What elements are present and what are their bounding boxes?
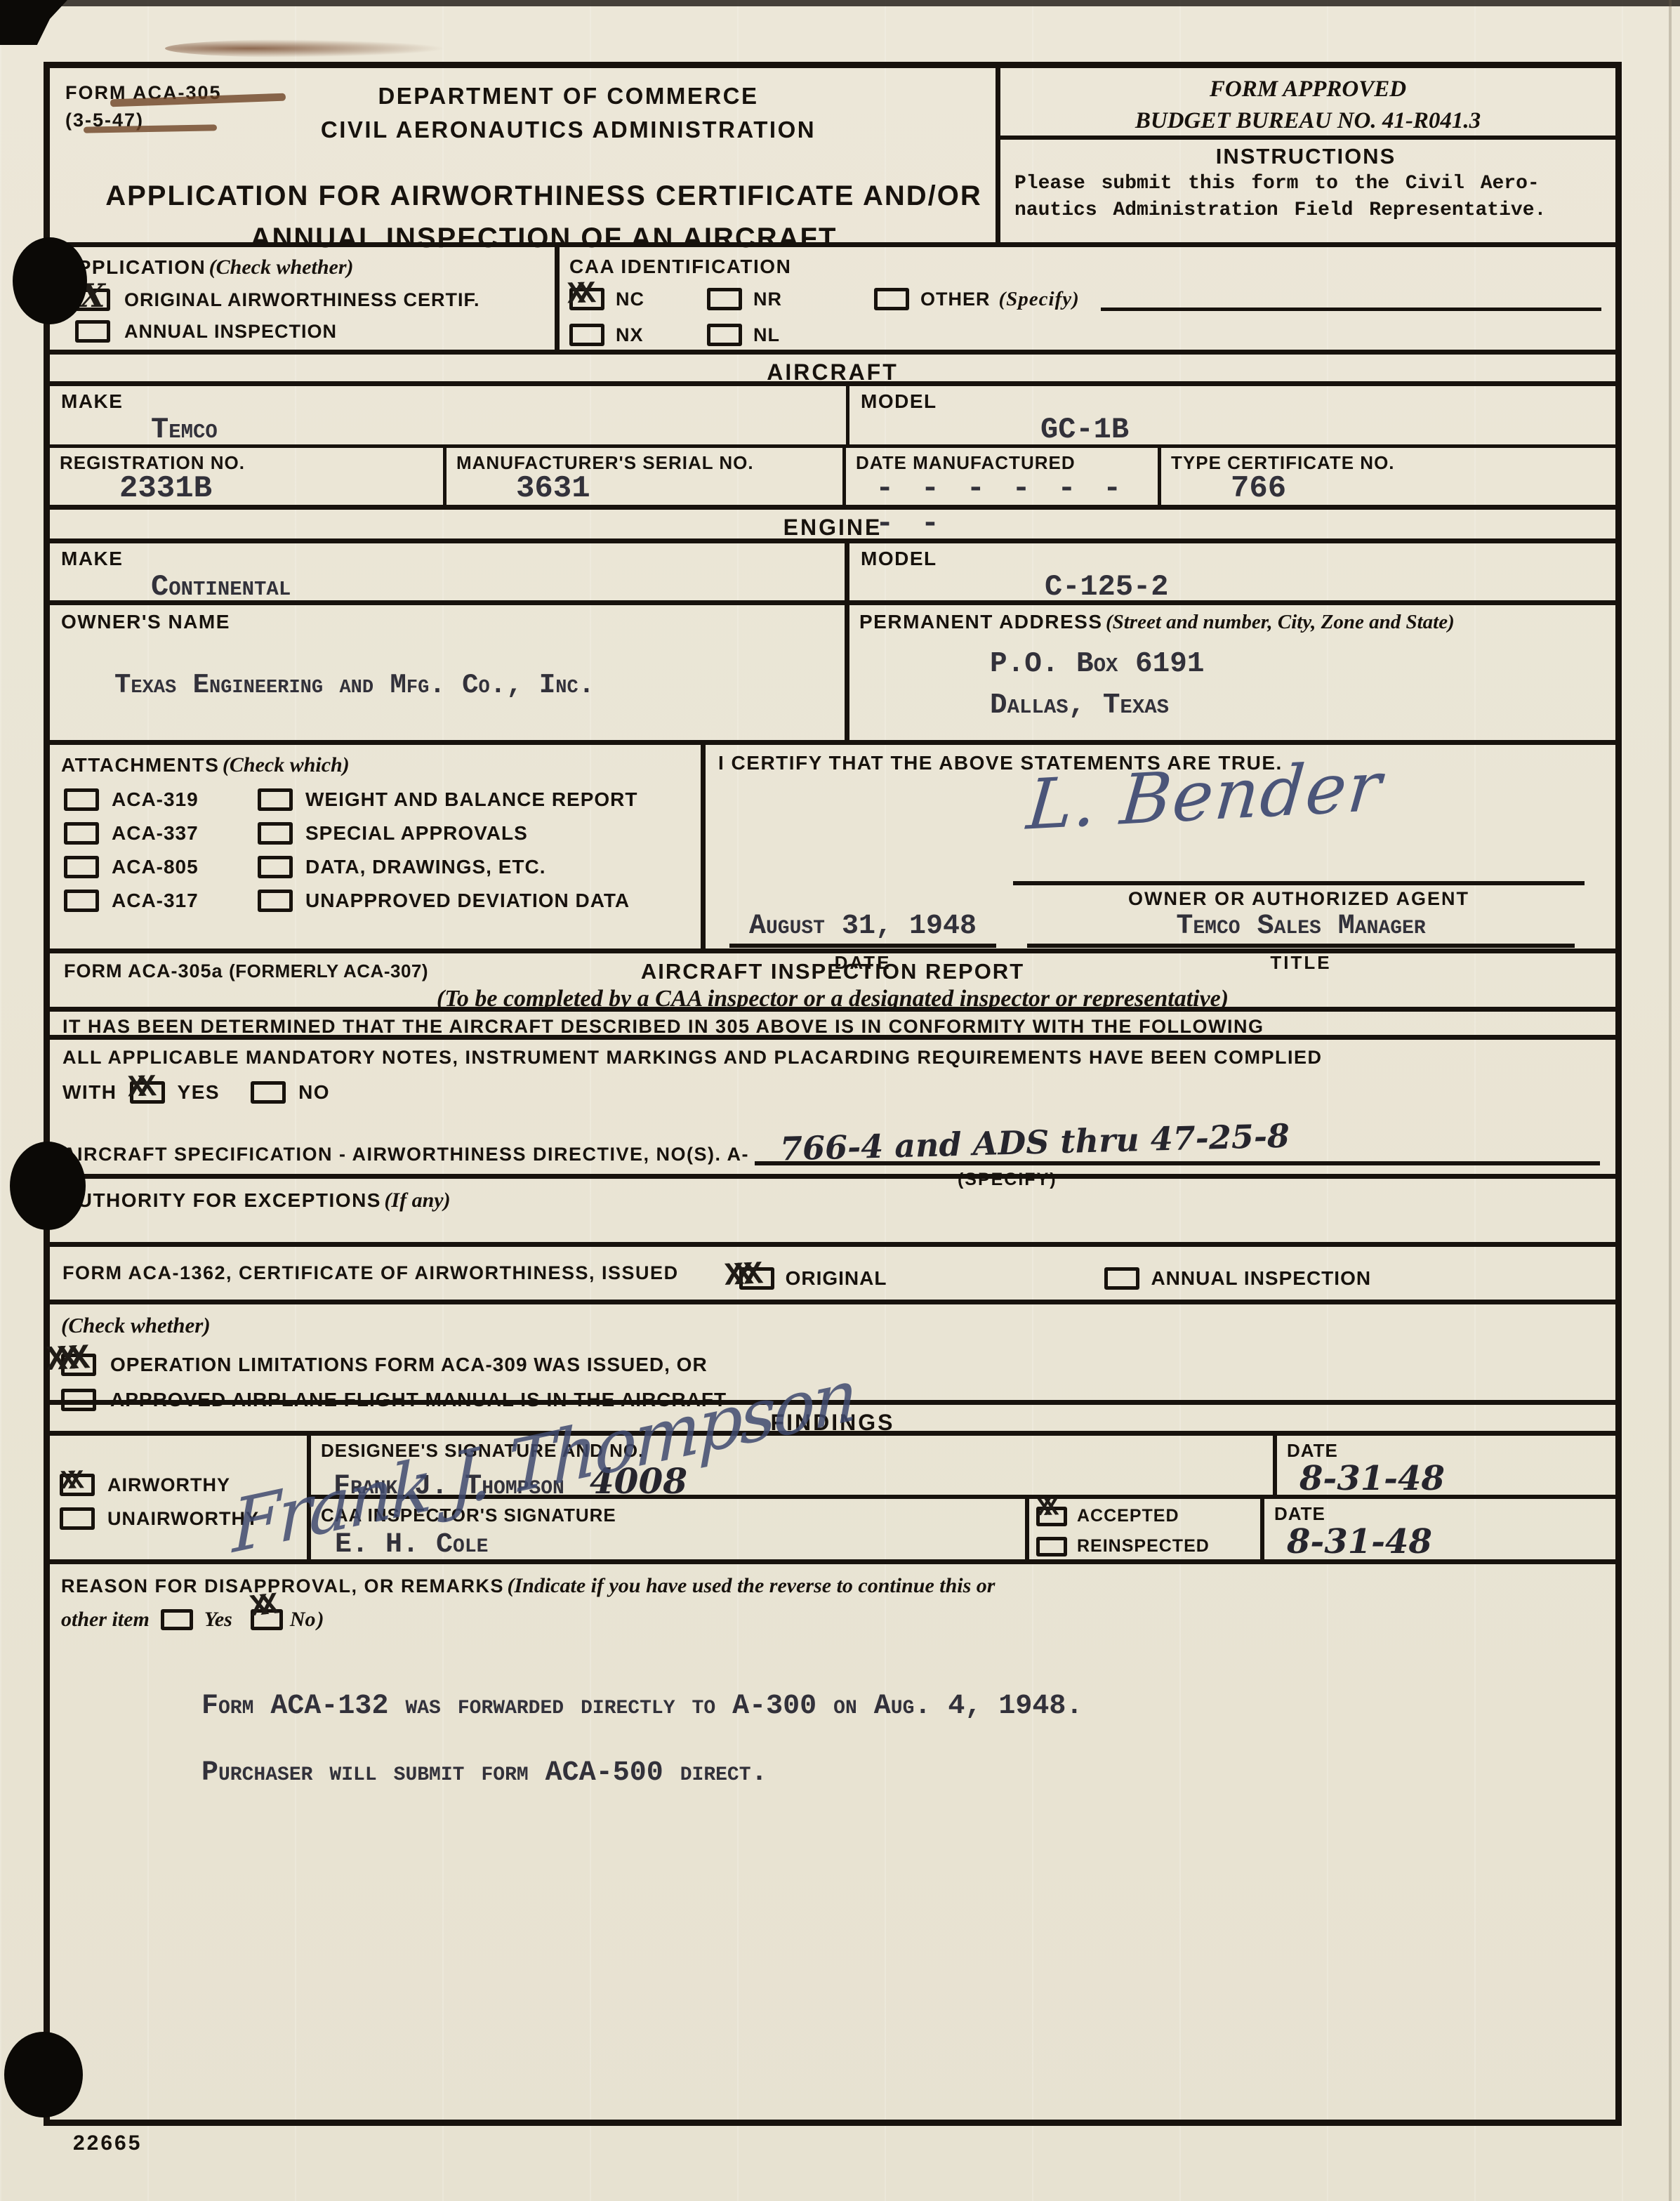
check-mark: XXX xyxy=(46,1342,81,1379)
attachment-form-label: ACA-805 xyxy=(112,856,258,878)
instructions-line1: Please submit this form to the Civil Aer… xyxy=(1014,171,1597,197)
date-manufactured-field: DATE MANUFACTURED - - - - - - - - xyxy=(846,448,1161,505)
authority-exceptions-row: AUTHORITY FOR EXCEPTIONS (If any) xyxy=(50,1179,1615,1247)
attachment-item-label: WEIGHT AND BALANCE REPORT xyxy=(305,788,638,811)
field-label: MAKE xyxy=(61,548,838,570)
caa-identification-section: CAA IDENTIFICATION XX NC NR OTHER (Speci… xyxy=(560,247,1615,350)
application-section: APPLICATION (Check whether) X ORIGINAL A… xyxy=(50,247,560,350)
inspector-date-field: DATE 8-31-48 xyxy=(1264,1499,1603,1561)
attachments-label: ATTACHMENTS xyxy=(61,754,219,776)
spec-directive-value: 766-4 and ADS thru 47-25-8 xyxy=(779,1117,1290,1168)
aca-1362-cell: FORM ACA-1362, CERTIFICATE OF AIRWORTHIN… xyxy=(50,1247,1615,1300)
compliance-row: ALL APPLICABLE MANDATORY NOTES, INSTRUME… xyxy=(50,1040,1615,1179)
checkbox-airworthy[interactable]: XX xyxy=(60,1474,95,1496)
remarks-note2: other item xyxy=(61,1608,150,1632)
engine-make-value: Continental xyxy=(151,570,838,604)
remarks-label-line2: other item Yes XX No ) xyxy=(61,1608,1599,1632)
option-label: AIRWORTHY xyxy=(107,1474,230,1496)
remarks-label-line1: REASON FOR DISAPPROVAL, OR REMARKS (Indi… xyxy=(61,1574,1599,1598)
attachment-item-label: UNAPPROVED DEVIATION DATA xyxy=(305,890,630,912)
compliance-cell: ALL APPLICABLE MANDATORY NOTES, INSTRUME… xyxy=(50,1040,1615,1174)
scanned-form-page: FORM ACA-305 (3-5-47) DEPARTMENT OF COMM… xyxy=(0,0,1680,2201)
option-label: ORIGINAL AIRWORTHINESS CERTIF. xyxy=(124,289,480,311)
authority-note: (If any) xyxy=(384,1189,450,1212)
check-whether-note: (Check whether) xyxy=(61,1313,1615,1338)
engine-make-field: MAKE Continental xyxy=(50,543,849,600)
hole-punch xyxy=(4,2032,83,2117)
owner-signature-field[interactable] xyxy=(1013,881,1585,885)
form-number-block: FORM ACA-305 (3-5-47) xyxy=(65,79,222,134)
checkbox-nx[interactable] xyxy=(569,324,604,346)
instructions-box: INSTRUCTIONS Please submit this form to … xyxy=(1000,140,1615,242)
field-label: PERMANENT ADDRESS (Street and number, Ci… xyxy=(859,611,1601,634)
option-nr: NR xyxy=(707,288,874,310)
determination-row: IT HAS BEEN DETERMINED THAT THE AIRCRAFT… xyxy=(50,1012,1615,1040)
option-label: NR xyxy=(753,289,782,310)
checkbox-original[interactable]: XXX xyxy=(739,1267,774,1290)
checkbox-accepted[interactable]: XX xyxy=(1036,1507,1067,1526)
option-other: OTHER (Specify) xyxy=(874,287,1604,311)
authority-exceptions-cell: AUTHORITY FOR EXCEPTIONS (If any) xyxy=(50,1179,1615,1242)
remark-line: Form ACA-132 was forwarded directly to A… xyxy=(201,1691,1599,1722)
checkbox-weight-balance[interactable] xyxy=(258,788,293,811)
option-label: ANNUAL INSPECTION xyxy=(1151,1267,1371,1290)
determination-statement: IT HAS BEEN DETERMINED THAT THE AIRCRAFT… xyxy=(62,1016,1264,1037)
checkbox-annual[interactable] xyxy=(1104,1267,1139,1290)
attachment-form-label: ACA-317 xyxy=(112,890,258,912)
option-original: XXX ORIGINAL xyxy=(739,1267,887,1290)
title-field[interactable] xyxy=(1027,944,1575,948)
option-nx: NX xyxy=(569,324,707,346)
no-label: No xyxy=(290,1608,316,1632)
inspection-report-header-row: FORM ACA-305a (FORMERLY ACA-307) AIRCRAF… xyxy=(50,953,1615,1012)
section-title-aircraft: AIRCRAFT xyxy=(50,355,1615,381)
check-mark: XXX xyxy=(723,1258,753,1292)
aircraft-model-field: MODEL GC-1B xyxy=(849,386,1615,444)
other-specify-field[interactable] xyxy=(1101,287,1601,311)
checkbox-operation-limitations[interactable]: XXX xyxy=(61,1354,96,1376)
header-right: FORM APPROVED BUDGET BUREAU NO. 41-R041.… xyxy=(1000,68,1615,242)
aircraft-model-value: GC-1B xyxy=(1040,413,1608,447)
attachment-form-label: ACA-337 xyxy=(112,822,258,845)
option-annual: ANNUAL INSPECTION xyxy=(1104,1267,1371,1290)
budget-bureau-no: BUDGET BUREAU NO. 41-R041.3 xyxy=(1000,105,1615,137)
inspection-report-subtitle: (To be completed by a CAA inspector or a… xyxy=(50,986,1615,1012)
option-original-certif: X ORIGINAL AIRWORTHINESS CERTIF. xyxy=(75,289,548,311)
form-title-line1: APPLICATION FOR AIRWORTHINESS CERTIFICAT… xyxy=(92,175,996,217)
owner-name-value: Texas Engineering and Mfg. Co., Inc. xyxy=(114,670,838,701)
formerly-note: (FORMERLY ACA-307) xyxy=(229,960,428,981)
attachment-row: ACA-319 WEIGHT AND BALANCE REPORT xyxy=(64,788,695,811)
remarks-note1: (Indicate if you have used the reverse t… xyxy=(508,1574,996,1597)
caa-row-2: NX NL xyxy=(569,324,1604,346)
section-title-engine: ENGINE xyxy=(50,510,1615,538)
caa-identification-label: CAA IDENTIFICATION xyxy=(569,256,791,277)
option-annual-inspection: ANNUAL INSPECTION xyxy=(75,320,548,343)
check-mark: XX xyxy=(1036,1495,1050,1521)
checkbox-complied-no[interactable] xyxy=(251,1081,286,1104)
type-certificate-field: TYPE CERTIFICATE NO. 766 xyxy=(1161,448,1615,505)
option-label: ANNUAL INSPECTION xyxy=(124,321,337,343)
inspection-form-number: FORM ACA-305a (FORMERLY ACA-307) xyxy=(64,960,428,982)
checkbox-unairworthy[interactable] xyxy=(60,1507,95,1530)
field-label: MODEL xyxy=(861,390,1608,413)
address-note: (Street and number, City, Zone and State… xyxy=(1106,611,1455,633)
checkbox-special-approvals[interactable] xyxy=(258,822,293,845)
check-mark: XX xyxy=(567,279,588,311)
date-field[interactable] xyxy=(729,944,996,948)
option-accepted: XX ACCEPTED xyxy=(1036,1506,1260,1526)
remarks-row: REASON FOR DISAPPROVAL, OR REMARKS (Indi… xyxy=(50,1564,1615,2120)
hole-punch xyxy=(10,1142,86,1230)
inspector-name: E. H. Cole xyxy=(335,1529,1025,1561)
engine-banner-row: ENGINE xyxy=(50,510,1615,543)
address-line1: P.O. Box 6191 xyxy=(990,644,1601,685)
option-label: NC xyxy=(616,289,644,310)
checkbox-complied-yes[interactable]: XX xyxy=(130,1081,165,1104)
attachments-note: (Check which) xyxy=(223,753,350,776)
address-value: P.O. Box 6191 Dallas, Texas xyxy=(990,644,1601,727)
checkbox-reverse-no[interactable]: XX xyxy=(251,1609,283,1630)
instructions-body: Please submit this form to the Civil Aer… xyxy=(1014,171,1597,224)
checkbox-annual-inspection[interactable] xyxy=(75,320,110,343)
header-left: FORM ACA-305 (3-5-47) DEPARTMENT OF COMM… xyxy=(50,68,1000,242)
owner-name-field: OWNER'S NAME Texas Engineering and Mfg. … xyxy=(50,605,849,740)
checkbox-nc[interactable]: XX xyxy=(569,288,604,310)
ink-smudge xyxy=(165,39,446,58)
serial-value: 3631 xyxy=(516,471,837,506)
option-label: ORIGINAL xyxy=(786,1267,887,1290)
form-approved-line: FORM APPROVED xyxy=(1000,74,1615,105)
type-certificate-value: 766 xyxy=(1231,471,1610,506)
checkbox-other[interactable] xyxy=(874,288,909,310)
check-mark: XX xyxy=(60,1469,76,1496)
scan-corner-blob xyxy=(0,0,67,45)
checkbox-aca-317[interactable] xyxy=(64,890,99,912)
field-label: OWNER'S NAME xyxy=(61,611,838,633)
yes-label: YES xyxy=(178,1081,220,1104)
checkbox-nl[interactable] xyxy=(707,324,742,346)
spec-label: AIRCRAFT SPECIFICATION - AIRWORTHINESS D… xyxy=(62,1144,749,1165)
authority-label: AUTHORITY FOR EXCEPTIONS xyxy=(62,1189,381,1211)
header-row: FORM ACA-305 (3-5-47) DEPARTMENT OF COMM… xyxy=(50,68,1615,247)
option-label: NX xyxy=(616,324,644,346)
certification-section: I CERTIFY THAT THE ABOVE STATEMENTS ARE … xyxy=(706,745,1615,949)
engine-model-field: MODEL C-125-2 xyxy=(849,543,1615,600)
aircraft-registration-row: REGISTRATION NO. 2331B MANUFACTURER'S SE… xyxy=(50,448,1615,510)
option-label: OPERATION LIMITATIONS FORM ACA-309 WAS I… xyxy=(110,1354,708,1376)
owner-signature-caption: OWNER OR AUTHORIZED AGENT xyxy=(1013,888,1585,910)
department-line2: CIVIL AERONAUTICS ADMINISTRATION xyxy=(141,113,996,147)
option-reinspected: REINSPECTED xyxy=(1036,1536,1260,1556)
aca-305-form: FORM ACA-305 (3-5-47) DEPARTMENT OF COMM… xyxy=(44,62,1622,2126)
field-label: MAKE xyxy=(61,390,839,413)
close-paren: ) xyxy=(317,1608,324,1632)
form-number: FORM ACA-305a xyxy=(64,960,223,981)
instructions-line2: nautics Administration Field Representat… xyxy=(1014,197,1597,224)
checkbox-nr[interactable] xyxy=(707,288,742,310)
attachment-item-label: DATA, DRAWINGS, ETC. xyxy=(305,856,546,878)
application-note: (Check whether) xyxy=(209,256,354,279)
attachments-certification-row: ATTACHMENTS (Check which) ACA-319 WEIGHT… xyxy=(50,745,1615,953)
remark-line: Purchaser will submit form ACA-500 direc… xyxy=(201,1757,1599,1789)
scan-edge-right xyxy=(1669,0,1672,2201)
option-nl: NL xyxy=(707,324,874,346)
designee-date-value: 8-31-48 xyxy=(1299,1459,1615,1498)
option-label: NL xyxy=(753,324,780,346)
check-mark: XX xyxy=(127,1073,148,1104)
field-label: MODEL xyxy=(861,548,1608,570)
compliance-statement: ALL APPLICABLE MANDATORY NOTES, INSTRUME… xyxy=(62,1047,1600,1069)
registration-value: 2331B xyxy=(119,471,437,506)
option-label: ACCEPTED xyxy=(1077,1506,1179,1526)
address-line2: Dallas, Texas xyxy=(990,685,1601,727)
attachment-row: ACA-317 UNAPPROVED DEVIATION DATA xyxy=(64,890,695,912)
spec-directive-field[interactable]: 766-4 and ADS thru 47-25-8 (SPECIFY) xyxy=(755,1125,1600,1165)
aca-1362-label: FORM ACA-1362, CERTIFICATE OF AIRWORTHIN… xyxy=(62,1262,679,1284)
determination-statement-cell: IT HAS BEEN DETERMINED THAT THE AIRCRAFT… xyxy=(50,1012,1615,1035)
compliance-yes-no: WITH XX YES NO xyxy=(62,1081,1600,1104)
aircraft-make-field: MAKE Temco xyxy=(50,386,849,444)
permanent-address-field: PERMANENT ADDRESS (Street and number, Ci… xyxy=(849,605,1615,740)
accepted-column: XX ACCEPTED REINSPECTED xyxy=(1029,1499,1264,1561)
certification-date-value: August 31, 1948 xyxy=(729,911,996,942)
inspector-date-value: 8-31-48 xyxy=(1287,1522,1603,1561)
checkbox-aca-319[interactable] xyxy=(64,788,99,811)
engine-make-model-row: MAKE Continental MODEL C-125-2 xyxy=(50,543,1615,605)
address-label: PERMANENT ADDRESS xyxy=(859,611,1103,633)
with-label: WITH xyxy=(62,1081,117,1104)
aircraft-make-value: Temco xyxy=(151,413,839,447)
page-title: APPLICATION FOR AIRWORTHINESS CERTIFICAT… xyxy=(50,175,996,259)
attachment-row: ACA-337 SPECIAL APPROVALS xyxy=(64,822,695,845)
designee-date-field: DATE 8-31-48 xyxy=(1277,1436,1615,1495)
registration-field: REGISTRATION NO. 2331B xyxy=(50,448,447,505)
owner-address-row: OWNER'S NAME Texas Engineering and Mfg. … xyxy=(50,605,1615,745)
owner-signature-block: L. Bender OWNER OR AUTHORIZED AGENT xyxy=(718,774,1603,892)
checkbox-aca-805[interactable] xyxy=(64,856,99,878)
no-label: NO xyxy=(298,1081,330,1104)
application-row: APPLICATION (Check whether) X ORIGINAL A… xyxy=(50,247,1615,355)
aircraft-banner-row: AIRCRAFT xyxy=(50,355,1615,386)
hole-punch xyxy=(13,237,87,324)
attachment-row: ACA-805 DATA, DRAWINGS, ETC. xyxy=(64,856,695,878)
scan-edge-top xyxy=(0,0,1680,6)
remarks-section: REASON FOR DISAPPROVAL, OR REMARKS (Indi… xyxy=(50,1564,1615,2120)
spec-directive-row: AIRCRAFT SPECIFICATION - AIRWORTHINESS D… xyxy=(62,1125,1600,1165)
option-label: REINSPECTED xyxy=(1077,1536,1210,1556)
yes-label: Yes xyxy=(204,1608,232,1632)
serial-field: MANUFACTURER'S SERIAL NO. 3631 xyxy=(447,448,846,505)
attachments-section: ATTACHMENTS (Check which) ACA-319 WEIGHT… xyxy=(50,745,706,949)
budget-approval: FORM APPROVED BUDGET BUREAU NO. 41-R041.… xyxy=(1000,68,1615,140)
check-mark: XX xyxy=(249,1591,272,1624)
checkbox-aca-337[interactable] xyxy=(64,822,99,845)
serial-stamp: 22665 xyxy=(73,2131,142,2155)
checkbox-reverse-yes[interactable] xyxy=(161,1609,193,1630)
instructions-title: INSTRUCTIONS xyxy=(1014,144,1597,169)
certification-title-value: Temco Sales Manager xyxy=(1027,911,1575,942)
remarks-label: REASON FOR DISAPPROVAL, OR REMARKS xyxy=(61,1575,504,1597)
option-nc: XX NC xyxy=(569,288,707,310)
checkbox-reinspected[interactable] xyxy=(1036,1537,1067,1556)
aca-1362-row: FORM ACA-1362, CERTIFICATE OF AIRWORTHIN… xyxy=(50,1247,1615,1304)
engine-model-value: C-125-2 xyxy=(1045,570,1608,604)
attachment-item-label: SPECIAL APPROVALS xyxy=(305,822,528,845)
option-label: OTHER xyxy=(920,289,991,310)
checkbox-unapproved-deviation[interactable] xyxy=(258,890,293,912)
attachment-form-label: ACA-319 xyxy=(112,788,258,811)
other-specify-note: (Specify) xyxy=(999,288,1080,311)
aircraft-make-model-row: MAKE Temco MODEL GC-1B xyxy=(50,386,1615,448)
checkbox-data-drawings[interactable] xyxy=(258,856,293,878)
caa-row-1: XX NC NR OTHER (Specify) xyxy=(569,287,1604,311)
